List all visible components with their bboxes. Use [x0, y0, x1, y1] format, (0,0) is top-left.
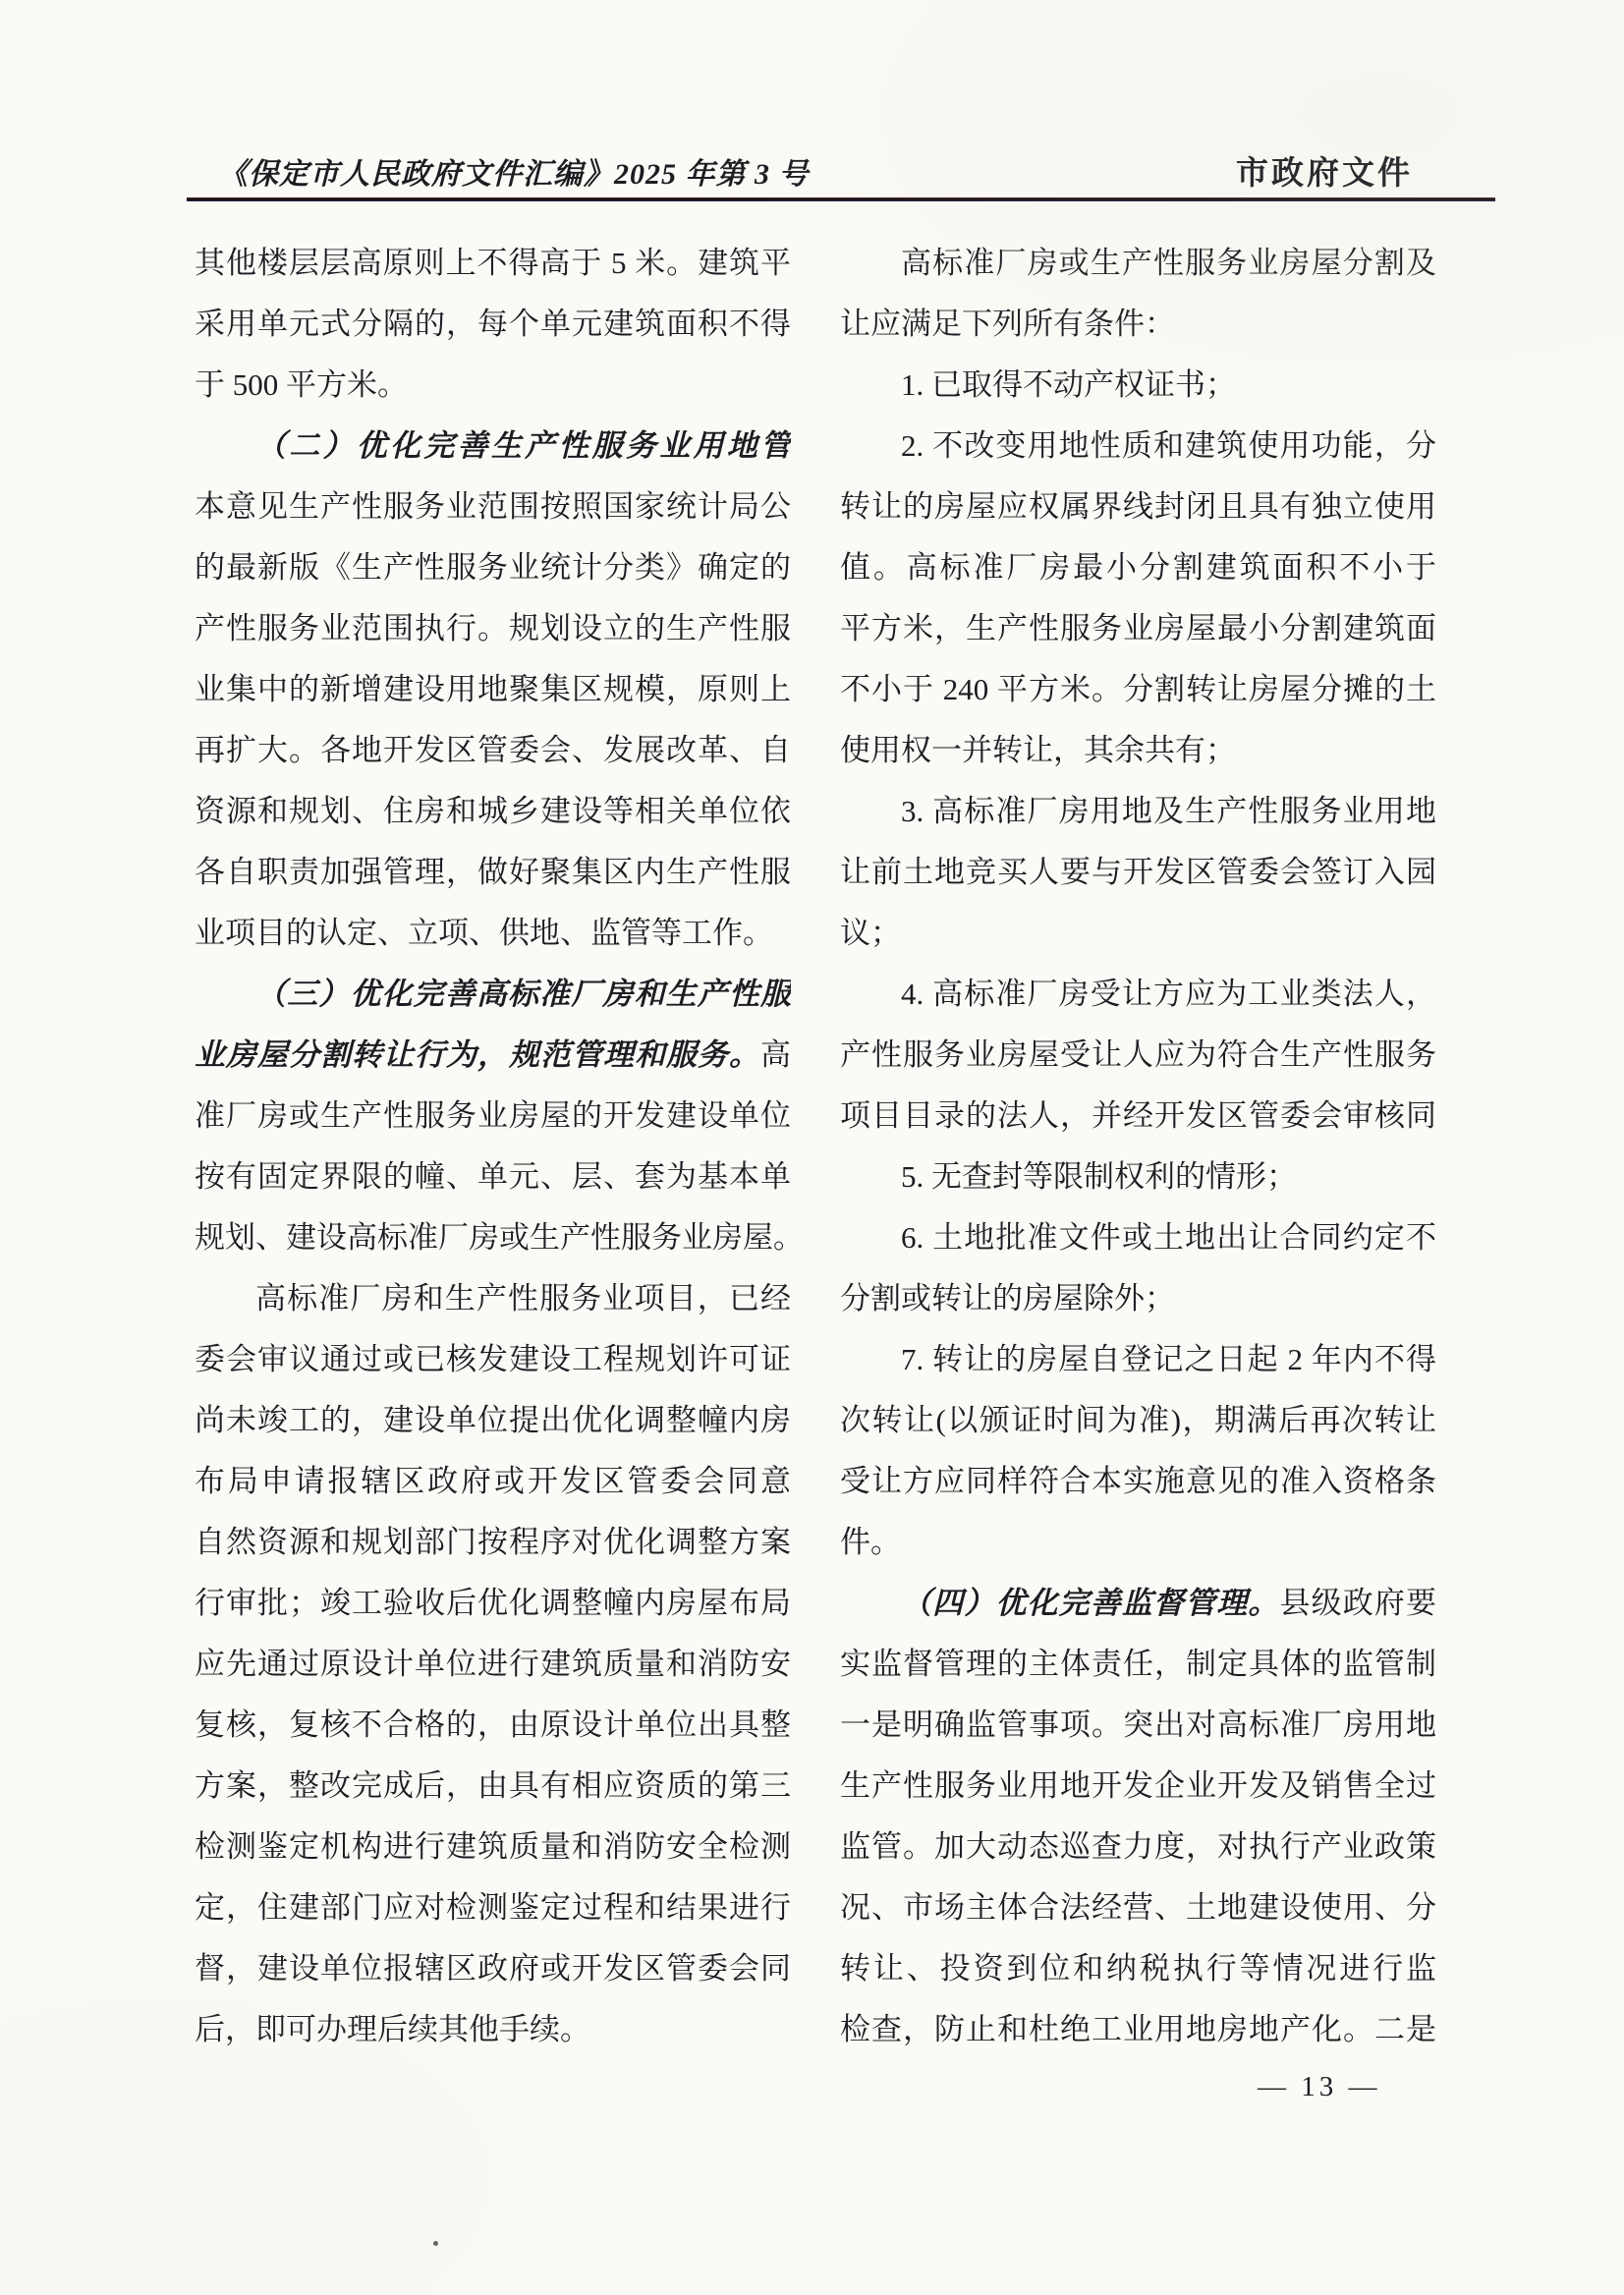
text-line: 行审批；竣工验收后优化调整幢内房屋布局的， — [195, 1573, 791, 1634]
body-text-run: 方案，整改完成后，由具有相应资质的第三方 — [195, 1768, 791, 1817]
text-line: 尚未竣工的，建设单位提出优化调整幢内房屋 — [195, 1390, 791, 1451]
body-text-run: 1. 已取得不动产权证书； — [901, 367, 1236, 402]
text-line: 使用权一并转让，其余共有； — [840, 720, 1436, 781]
text-line: 自然资源和规划部门按程序对优化调整方案进 — [195, 1512, 791, 1573]
text-line: 采用单元式分隔的，每个单元建筑面积不得小 — [195, 294, 791, 355]
body-text-run: 值。高标准厂房最小分割建筑面积不小于 500 — [840, 550, 1436, 598]
body-text-run: 让应满足下列所有条件： — [840, 307, 1175, 341]
text-line: 分割或转让的房屋除外； — [840, 1268, 1436, 1329]
body-text-run: 高标准厂房和生产性服务业项目，已经规 — [195, 1281, 791, 1329]
text-line: 实监督管理的主体责任，制定具体的监管制度。 — [840, 1634, 1436, 1695]
body-text-run: 5. 无查封等限制权利的情形； — [901, 1159, 1297, 1194]
text-line: （三）优化完善高标准厂房和生产性服务 — [195, 964, 791, 1025]
text-line: 布局申请报辖区政府或开发区管委会同意后， — [195, 1451, 791, 1512]
text-line: 检查，防止和杜绝工业用地房地产化。二是明 — [840, 1999, 1436, 2060]
body-text-run: 受让方应同样符合本实施意见的准入资格条 — [840, 1464, 1436, 1498]
text-line: 督，建设单位报辖区政府或开发区管委会同意 — [195, 1938, 791, 1999]
body-text-run: 监管。加大动态巡查力度，对执行产业政策情 — [840, 1829, 1436, 1877]
body-text-run: 生产性服务业用地开发企业开发及销售全过程 — [840, 1768, 1436, 1817]
text-line: 不小于 240 平方米。分割转让房屋分摊的土地 — [840, 659, 1436, 720]
body-text-run: 准厂房或生产性服务业房屋的开发建设单位可 — [195, 1098, 791, 1147]
body-text-run: 项目目录的法人，并经开发区管委会审核同意； — [840, 1098, 1436, 1147]
page-number: — 13 — — [1258, 2067, 1381, 2106]
body-text-run: 高标准厂房或生产性服务业房屋分割及转 — [840, 246, 1436, 294]
body-text-run: 按有固定界限的幢、单元、层、套为基本单元 — [195, 1159, 791, 1207]
text-line: 4. 高标准厂房受让方应为工业类法人，生 — [840, 964, 1436, 1025]
text-line: 本意见生产性服务业范围按照国家统计局公布 — [195, 476, 791, 537]
body-text-run: 资源和规划、住房和城乡建设等相关单位依照 — [195, 794, 791, 842]
kaiti-heading-run: （四）优化完善监督管理。 — [901, 1586, 1280, 1620]
body-text-run: 不小于 240 平方米。分割转让房屋分摊的土地 — [840, 672, 1436, 720]
body-text-run: 况、市场主体合法经营、土地建设使用、分割 — [840, 1890, 1436, 1938]
text-line: 让应满足下列所有条件： — [840, 294, 1436, 355]
text-line: 产性服务业范围执行。规划设立的生产性服务 — [195, 598, 791, 659]
body-text-run: 2. 不改变用地性质和建筑使用功能，分割 — [840, 428, 1436, 476]
text-line: 6. 土地批准文件或土地出让合同约定不得 — [840, 1207, 1436, 1268]
text-line: 1. 已取得不动产权证书； — [840, 355, 1436, 416]
kaiti-heading-run: （三）优化完善高标准厂房和生产性服务 — [195, 977, 791, 1025]
text-line: 3. 高标准厂房用地及生产性服务业用地出 — [840, 781, 1436, 842]
text-line: 7. 转让的房屋自登记之日起 2 年内不得再 — [840, 1329, 1436, 1390]
text-line: 让前土地竞买人要与开发区管委会签订入园协 — [840, 842, 1436, 903]
body-text-run: 6. 土地批准文件或土地出让合同约定不得 — [840, 1220, 1436, 1268]
text-line: 平方米，生产性服务业房屋最小分割建筑面积 — [840, 598, 1436, 659]
body-text-run: 布局申请报辖区政府或开发区管委会同意后， — [195, 1464, 791, 1512]
text-line: 况、市场主体合法经营、土地建设使用、分割 — [840, 1877, 1436, 1938]
body-text-run: 的最新版《生产性服务业统计分类》确定的生 — [195, 550, 791, 598]
body-text-run: 3. 高标准厂房用地及生产性服务业用地出 — [840, 794, 1436, 842]
body-text-run: 于 500 平方米。 — [195, 367, 408, 402]
text-line: （四）优化完善监督管理。县级政府要落 — [840, 1573, 1436, 1634]
body-text-run: 分割或转让的房屋除外； — [840, 1281, 1175, 1315]
text-line: 受让方应同样符合本实施意见的准入资格条 — [840, 1451, 1436, 1512]
body-text-run: 业项目的认定、立项、供地、监管等工作。 — [195, 916, 773, 950]
body-text-run: 件。 — [840, 1525, 901, 1559]
body-text-run: 使用权一并转让，其余共有； — [840, 733, 1236, 767]
body-text-run: 产性服务业范围执行。规划设立的生产性服务 — [195, 611, 791, 659]
text-line: 按有固定界限的幢、单元、层、套为基本单元 — [195, 1147, 791, 1207]
kaiti-heading-run: 业房屋分割转让行为，规范管理和服务。 — [195, 1037, 760, 1072]
text-line: 委会审议通过或已核发建设工程规划许可证且 — [195, 1329, 791, 1390]
text-line: 再扩大。各地开发区管委会、发展改革、自然 — [195, 720, 791, 781]
body-text-run: 次转让(以颁证时间为准)，期满后再次转让的， — [840, 1403, 1436, 1451]
text-line: 于 500 平方米。 — [195, 355, 791, 416]
text-line: 各自职责加强管理，做好聚集区内生产性服务 — [195, 842, 791, 903]
text-line: 高标准厂房或生产性服务业房屋分割及转 — [840, 233, 1436, 294]
text-line: 业房屋分割转让行为，规范管理和服务。高标 — [195, 1025, 791, 1086]
body-text-run: 检测鉴定机构进行建筑质量和消防安全检测鉴 — [195, 1829, 791, 1877]
body-text-run: 一是明确监管事项。突出对高标准厂房用地及 — [840, 1707, 1436, 1756]
text-line: 规划、建设高标准厂房或生产性服务业房屋。 — [195, 1207, 791, 1268]
text-line: 生产性服务业用地开发企业开发及销售全过程 — [840, 1756, 1436, 1817]
text-line: 项目目录的法人，并经开发区管委会审核同意； — [840, 1086, 1436, 1147]
text-line: 检测鉴定机构进行建筑质量和消防安全检测鉴 — [195, 1817, 791, 1877]
text-column-right: 高标准厂房或生产性服务业房屋分割及转让应满足下列所有条件：1. 已取得不动产权证… — [840, 233, 1436, 2060]
body-text-run: 平方米，生产性服务业房屋最小分割建筑面积 — [840, 611, 1436, 659]
body-text-run: 业集中的新增建设用地聚集区规模，原则上不 — [195, 672, 791, 720]
text-line: 值。高标准厂房最小分割建筑面积不小于 500 — [840, 537, 1436, 598]
body-text-run: 其他楼层层高原则上不得高于 5 米。建筑平面 — [195, 246, 791, 294]
body-text-run: 自然资源和规划部门按程序对优化调整方案进 — [195, 1525, 791, 1573]
body-text-run: 督，建设单位报辖区政府或开发区管委会同意 — [195, 1951, 791, 1999]
body-text-run: 转让、投资到位和纳税执行等情况进行监督、 — [840, 1951, 1436, 1999]
text-line: 准厂房或生产性服务业房屋的开发建设单位可 — [195, 1086, 791, 1147]
text-line: 转让的房屋应权属界线封闭且具有独立使用价 — [840, 476, 1436, 537]
text-line: 高标准厂房和生产性服务业项目，已经规 — [195, 1268, 791, 1329]
body-text-run: 7. 转让的房屋自登记之日起 2 年内不得再 — [840, 1342, 1436, 1390]
body-text-run: 复核，复核不合格的，由原设计单位出具整改 — [195, 1707, 791, 1756]
text-line: 一是明确监管事项。突出对高标准厂房用地及 — [840, 1695, 1436, 1756]
text-line: 复核，复核不合格的，由原设计单位出具整改 — [195, 1695, 791, 1756]
text-line: 次转让(以颁证时间为准)，期满后再次转让的， — [840, 1390, 1436, 1451]
text-line: 监管。加大动态巡查力度，对执行产业政策情 — [840, 1817, 1436, 1877]
header-publication-title: 《保定市人民政府文件汇编》2025 年第 3 号 — [218, 158, 810, 192]
kaiti-heading-run: （二）优化完善生产性服务业用地管理。 — [195, 428, 791, 476]
body-text-run: 行审批；竣工验收后优化调整幢内房屋布局的， — [195, 1586, 791, 1634]
text-line: （二）优化完善生产性服务业用地管理。 — [195, 416, 791, 476]
text-line: 业项目的认定、立项、供地、监管等工作。 — [195, 903, 791, 964]
body-text-run: 各自职责加强管理，做好聚集区内生产性服务 — [195, 855, 791, 903]
body-text-run: 后，即可办理后续其他手续。 — [195, 2012, 590, 2046]
document-page: 《保定市人民政府文件汇编》2025 年第 3 号 市政府文件 其他楼层层高原则上… — [0, 0, 1624, 2295]
body-text-run: 检查，防止和杜绝工业用地房地产化。二是明 — [840, 2012, 1436, 2060]
header-category-label: 市政府文件 — [1236, 155, 1413, 191]
body-text-run: 本意见生产性服务业范围按照国家统计局公布 — [195, 489, 791, 537]
body-text-run: 议； — [840, 916, 901, 950]
text-line: 议； — [840, 903, 1436, 964]
text-line: 定，住建部门应对检测鉴定过程和结果进行监 — [195, 1877, 791, 1938]
body-text-run: 委会审议通过或已核发建设工程规划许可证且 — [195, 1342, 791, 1390]
text-line: 2. 不改变用地性质和建筑使用功能，分割 — [840, 416, 1436, 476]
text-line: 方案，整改完成后，由具有相应资质的第三方 — [195, 1756, 791, 1817]
body-text-run: 采用单元式分隔的，每个单元建筑面积不得小 — [195, 307, 791, 355]
text-column-left: 其他楼层层高原则上不得高于 5 米。建筑平面采用单元式分隔的，每个单元建筑面积不… — [195, 233, 791, 2060]
body-text-run: 产性服务业房屋受让人应为符合生产性服务业 — [840, 1037, 1436, 1086]
body-text-run: 定，住建部门应对检测鉴定过程和结果进行监 — [195, 1890, 791, 1938]
body-text-run: 4. 高标准厂房受让方应为工业类法人，生 — [840, 977, 1436, 1025]
header-rule — [187, 197, 1495, 201]
text-line: 的最新版《生产性服务业统计分类》确定的生 — [195, 537, 791, 598]
text-line: 资源和规划、住房和城乡建设等相关单位依照 — [195, 781, 791, 842]
body-text-run: 应先通过原设计单位进行建筑质量和消防安全 — [195, 1647, 791, 1695]
body-text-run: 让前土地竞买人要与开发区管委会签订入园协 — [840, 855, 1436, 903]
text-line: 后，即可办理后续其他手续。 — [195, 1999, 791, 2060]
body-text-run: 规划、建设高标准厂房或生产性服务业房屋。 — [195, 1220, 804, 1255]
text-line: 应先通过原设计单位进行建筑质量和消防安全 — [195, 1634, 791, 1695]
body-text-run: 转让的房屋应权属界线封闭且具有独立使用价 — [840, 489, 1436, 537]
body-text-run: 实监督管理的主体责任，制定具体的监管制度。 — [840, 1647, 1436, 1695]
body-text-run: 尚未竣工的，建设单位提出优化调整幢内房屋 — [195, 1403, 791, 1451]
text-line: 件。 — [840, 1512, 1436, 1573]
text-line: 业集中的新增建设用地聚集区规模，原则上不 — [195, 659, 791, 720]
text-line: 5. 无查封等限制权利的情形； — [840, 1147, 1436, 1207]
text-line: 产性服务业房屋受让人应为符合生产性服务业 — [840, 1025, 1436, 1086]
text-line: 转让、投资到位和纳税执行等情况进行监督、 — [840, 1938, 1436, 1999]
scan-speck — [433, 2241, 438, 2246]
text-line: 其他楼层层高原则上不得高于 5 米。建筑平面 — [195, 233, 791, 294]
body-text-run: 再扩大。各地开发区管委会、发展改革、自然 — [195, 733, 791, 781]
